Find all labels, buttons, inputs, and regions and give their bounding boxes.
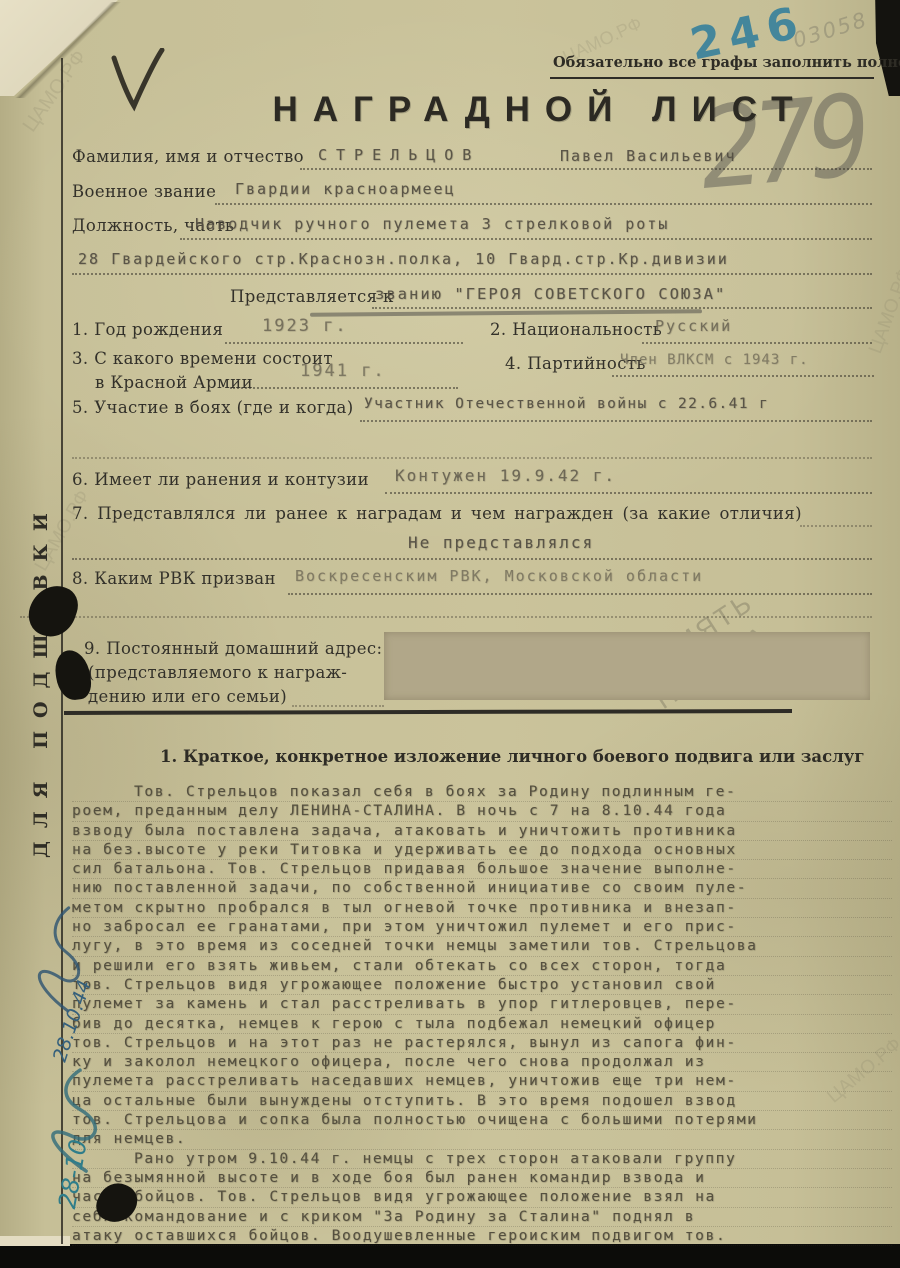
field-label-home-address-3: дению или его семьи) — [88, 687, 287, 706]
field-label-nationality: 2. Национальность — [490, 320, 662, 339]
field-value-position-1: Наводчик ручного пулемета 3 стрелковой р… — [195, 215, 669, 233]
dotted-line — [180, 238, 872, 240]
feat-line: на без.высоте у реки Титовка и удерживат… — [72, 841, 892, 860]
field-value-nomination: званию "ГЕРОЯ СОВЕТСКОГО СОЮЗА" — [375, 285, 726, 303]
feat-line: пулемета расстреливать наседавших немцев… — [72, 1072, 892, 1091]
feat-line: сил батальона. Тов. Стрельцов придавая б… — [72, 860, 892, 879]
feat-section-heading: 1. Краткое, конкретное изложение личного… — [160, 747, 864, 766]
field-value-service-since: 1941 г. — [300, 361, 386, 381]
field-value-combat-participation: Участник Отечественной войны с 22.6.41 г — [364, 396, 769, 412]
field-value-surname: СТРЕЛЬЦОВ — [318, 146, 480, 164]
dotted-line — [230, 387, 458, 389]
feat-line: Рано утром 9.10.44 г. немцы с трех сторо… — [72, 1150, 892, 1169]
section-divider-rule — [64, 709, 792, 715]
feat-line: бив до десятка, немцев к герою с тыла по… — [72, 1015, 892, 1034]
dotted-line — [225, 342, 463, 344]
field-label-combat-participation: 5. Участие в боях (где и когда) — [72, 398, 354, 417]
field-label-home-address-2: (представляемого к награж- — [88, 663, 347, 682]
field-value-position-2: 28 Гвардейского стр.Краснозн.полка, 10 Г… — [78, 250, 729, 268]
feat-line: часть бойцов. Тов. Стрельцов видя угрожа… — [72, 1188, 892, 1207]
field-value-wounds: Контужен 19.9.42 г. — [395, 466, 616, 485]
field-label-home-address-1: 9. Постоянный домашний адрес: — [84, 639, 382, 658]
feat-line: пулемет за камень и стал расстреливать в… — [72, 995, 892, 1014]
dotted-line — [642, 342, 872, 344]
scan-bottom-left-sliver — [0, 1236, 70, 1246]
field-label-service-since-1: 3. С какого времени состоит — [72, 349, 333, 368]
feat-line: ца остальные были вынуждены отступить. В… — [72, 1092, 892, 1111]
scan-black-bottom-bar — [0, 1244, 900, 1268]
pencil-underline — [310, 309, 702, 316]
dotted-line — [800, 525, 872, 527]
feat-line: лугу, в это время из соседней точки немц… — [72, 937, 892, 956]
field-value-previous-awards: Не представлялся — [408, 533, 594, 552]
feat-line: метом скрытно пробрался в тыл огневой то… — [72, 899, 892, 918]
dotted-line — [612, 375, 874, 377]
feat-line: себя командование и с криком "За Родину … — [72, 1208, 892, 1227]
feat-description-text: Тов. Стрельцов показал себя в боях за Ро… — [72, 783, 892, 1246]
field-value-party: Член ВЛКСМ с 1943 г. — [620, 352, 809, 368]
redacted-address-block — [384, 632, 870, 700]
field-label-nomination: Представляется к — [230, 287, 394, 306]
dotted-line — [292, 705, 384, 707]
feat-line: атаку оставшихся бойцов. Воодушевленные … — [72, 1227, 892, 1246]
field-value-nationality: Русский — [655, 317, 732, 335]
dotted-line — [72, 558, 872, 560]
field-value-rvk: Воскресенским РВК, Московской области — [295, 567, 703, 585]
feat-line: и решили его взять живьем, стали обтекат… — [72, 957, 892, 976]
dotted-line — [385, 492, 872, 494]
feat-line: роем, преданным делу ЛЕНИНА-СТАЛИНА. В н… — [72, 802, 892, 821]
filing-margin-vertical-label: ДЛЯ ПОДШИВКИ — [30, 458, 52, 858]
feat-line: но забросал ее гранатами, при этом уничт… — [72, 918, 892, 937]
feat-line: ку и заколол немецкого офицера, после че… — [72, 1053, 892, 1072]
dotted-line — [215, 203, 872, 205]
dotted-line — [300, 168, 872, 170]
field-value-name-rest: Павел Васильевич — [560, 147, 737, 165]
dotted-line — [360, 420, 872, 422]
field-label-service-since-2: в Красной Армии — [95, 373, 253, 392]
feat-line: взводу была поставлена задача, атаковать… — [72, 822, 892, 841]
field-label-previous-awards: 7. Представлялся ли ранее к наградам и ч… — [72, 504, 802, 523]
instruction-underline — [550, 77, 874, 79]
feat-line: Тов. Стрельцов показал себя в боях за Ро… — [72, 783, 892, 802]
field-label-wounds: 6. Имеет ли ранения и контузии — [72, 470, 369, 489]
dotted-line — [288, 593, 872, 595]
document-title: НАГРАДНОЙ ЛИСТ — [150, 90, 900, 130]
field-value-birth-year: 1923 г. — [262, 316, 348, 336]
feat-line: тов. Стрельцова и сопка была полностью о… — [72, 1111, 892, 1130]
feat-line: на безымянной высоте и в ходе боя был ра… — [72, 1169, 892, 1188]
field-label-birth-year: 1. Год рождения — [72, 320, 223, 339]
field-label-rank: Военное звание — [72, 182, 216, 201]
field-label-name: Фамилия, имя и отчество — [72, 147, 304, 166]
form-instruction: Обязательно все графы заполнить полность… — [553, 54, 900, 71]
field-value-rank: Гвардии красноармеец — [235, 180, 456, 198]
dotted-line-blank — [20, 616, 872, 618]
dotted-line — [72, 273, 872, 275]
field-label-rvk: 8. Каким РВК призван — [72, 569, 276, 588]
dotted-line — [372, 307, 872, 309]
feat-line: нию поставленной задачи, по собственной … — [72, 879, 892, 898]
feat-line: для немцев. — [72, 1130, 892, 1149]
award-sheet-document: ЦАМО.РФ ЦАМО.РФ ЦАМО.РФ ЦАМО.РФ ЦАМО.РФ … — [0, 0, 900, 1268]
feat-line: тов. Стрельцов видя угрожающее положение… — [72, 976, 892, 995]
feat-line: тов. Стрельцов и на этот раз не растерял… — [72, 1034, 892, 1053]
dotted-line-blank — [72, 457, 872, 459]
